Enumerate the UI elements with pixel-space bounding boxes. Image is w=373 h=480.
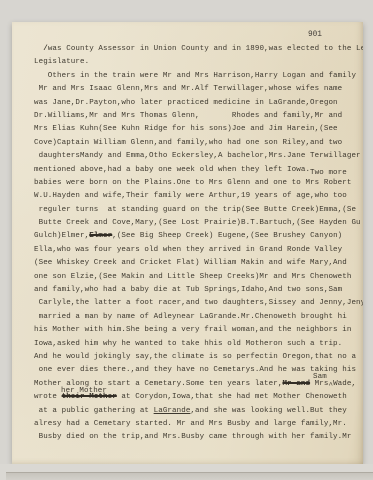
text-line: babies were born on the Plains.One to Mr… — [34, 177, 356, 190]
inserted-text-above: her Mother — [61, 385, 107, 398]
text-line: Dr.Williams,Mr and Mrs Thomas Glenn, Rho… — [34, 110, 356, 123]
scan-background: 901 /was County Assessor in Union County… — [0, 0, 373, 480]
document-text: /was County Assessor in Union County and… — [34, 43, 356, 445]
typewritten-text: Iowa,asked him why he wanted to take hhi… — [34, 340, 342, 348]
typewritten-text: at Corydon,Iowa,that she had met Mother … — [117, 393, 347, 401]
typewritten-text: at a public gathering at — [34, 407, 154, 415]
text-line: Others in the train were Mr and Mrs Harr… — [34, 70, 356, 83]
typewritten-text: LaGrande — [154, 407, 191, 415]
text-line: reguler turns at standing guard on the t… — [34, 204, 356, 217]
typewritten-text: W.U.Hayden and wife,Their family were Ar… — [34, 192, 347, 200]
typewritten-text: And he would jokingly say,the climate is… — [34, 353, 356, 361]
typewritten-text: one son Elzie,(See Makin and Little Shee… — [34, 273, 351, 281]
typewritten-text: ,(See Big Sheep Creek) Eugene,(See Brush… — [112, 232, 342, 240]
text-line: W.U.Hayden and wife,Their family were Ar… — [34, 190, 356, 203]
typewritten-text: ^ — [328, 382, 333, 390]
typewritten-text: and family,who had a baby die at Tub Spr… — [34, 286, 342, 294]
next-page-edge — [6, 472, 373, 480]
typewritten-text: Legislature. — [34, 58, 89, 66]
struck-text: Elmer — [89, 232, 112, 240]
typewritten-text: (See Whiskey Creek and Cricket Flat) Wil… — [34, 259, 347, 267]
text-line: married a man by name of Adleynear LaGra… — [34, 311, 356, 324]
text-line: Ella,who was four years old when they ar… — [34, 244, 356, 257]
text-line: alresy had a Cemetary started. Mr and Mr… — [34, 418, 356, 431]
typewritten-text: Ella,who was four years old when they ar… — [34, 246, 342, 254]
typewritten-text: Gulch)Elmer, — [34, 232, 89, 240]
typewritten-text: Cove)Captain William Glenn,and family,wh… — [34, 139, 342, 147]
typewritten-text: Busby died on the trip,and Mrs.Busby cam… — [34, 433, 351, 441]
text-line: Butte Creek and Cove,Mary,(See Lost Prai… — [34, 217, 356, 230]
typewritten-text: Others in the train were Mr and Mrs Harr… — [34, 72, 356, 80]
page-number: 901 — [308, 31, 322, 39]
text-line: And he would jokingly say,the climate is… — [34, 351, 356, 364]
typewritten-text: one ever dies there.,and they have no Ce… — [34, 366, 356, 374]
typewritten-text: Dr.Williams,Mr and Mrs Thomas Glenn, Rho… — [34, 112, 342, 120]
typewritten-text: Two more — [310, 169, 347, 177]
inserted-text-above: Sam — [313, 371, 327, 384]
page-number-row: 901 — [34, 28, 356, 43]
text-line: Gulch)Elmer,Elmer,(See Big Sheep Creek) … — [34, 230, 356, 243]
text-line: his Mother with him.She being a very fra… — [34, 324, 356, 337]
typewritten-text: married a man by name of Adleynear LaGra… — [34, 313, 347, 321]
typewritten-text: was Jane,Dr.Payton,who later practiced m… — [34, 99, 338, 107]
typewritten-text: Wade, — [333, 380, 356, 388]
typewritten-text: was County Assessor in Union County and … — [48, 45, 363, 53]
typewritten-text: ,and she was looking well.But they — [190, 407, 346, 415]
text-line: Iowa,asked him why he wanted to take hhi… — [34, 338, 356, 351]
text-line: Mr and Mrs Isaac Glenn,Mrs and Mr.Alf Te… — [34, 83, 356, 96]
struck-text: Mr and — [282, 380, 310, 388]
text-line: Legislature. — [34, 56, 356, 69]
typewritten-text: wrote — [34, 393, 62, 401]
typewritten-text — [34, 45, 43, 53]
typewritten-text: reguler turns at standing guard on the t… — [34, 206, 356, 214]
text-line: mentioned above,had a baby one week old … — [34, 164, 356, 177]
text-line: Cove)Captain William Glenn,and family,wh… — [34, 137, 356, 150]
text-line: one son Elzie,(See Makin and Little Shee… — [34, 271, 356, 284]
typewritten-text: Mrs Elias Kuhn(See Kuhn Ridge for his so… — [34, 125, 338, 133]
typewritten-text: alresy had a Cemetary started. Mr and Mr… — [34, 420, 347, 428]
typewritten-text: babies were born on the Plains.One to Mr… — [34, 179, 351, 187]
document-page: 901 /was County Assessor in Union County… — [12, 22, 363, 464]
text-line: was Jane,Dr.Payton,who later practiced m… — [34, 97, 356, 110]
typewritten-text: Mr and Mrs Isaac Glenn,Mrs and Mr.Alf Te… — [34, 85, 342, 93]
typewritten-text: daughtersMandy and Emma,Otho Eckersley,A… — [34, 152, 361, 160]
text-line: daughtersMandy and Emma,Otho Eckersley,A… — [34, 150, 356, 163]
typewritten-text: mentioned above,had a baby one week old … — [34, 166, 310, 174]
text-line: her Motherwrote their Mother at Corydon,… — [34, 391, 356, 404]
text-line: Busby died on the trip,and Mrs.Busby cam… — [34, 431, 356, 444]
text-line: (See Whiskey Creek and Cricket Flat) Wil… — [34, 257, 356, 270]
text-line: Mrs Elias Kuhn(See Kuhn Ridge for his so… — [34, 123, 356, 136]
typewritten-text: Butte Creek and Cove,Mary,(See Lost Prai… — [34, 219, 361, 227]
typewritten-text: Carlyle,the latter a foot racer,and two … — [34, 299, 363, 307]
text-line: /was County Assessor in Union County and… — [34, 43, 356, 56]
typewritten-text: his Mother with him.She being a very fra… — [34, 326, 351, 334]
text-line: and family,who had a baby die at Tub Spr… — [34, 284, 356, 297]
text-line: one ever dies there.,and they have no Ce… — [34, 364, 356, 377]
text-line: Carlyle,the latter a foot racer,and two … — [34, 297, 356, 310]
text-line: at a public gathering at LaGrande,and sh… — [34, 405, 356, 418]
